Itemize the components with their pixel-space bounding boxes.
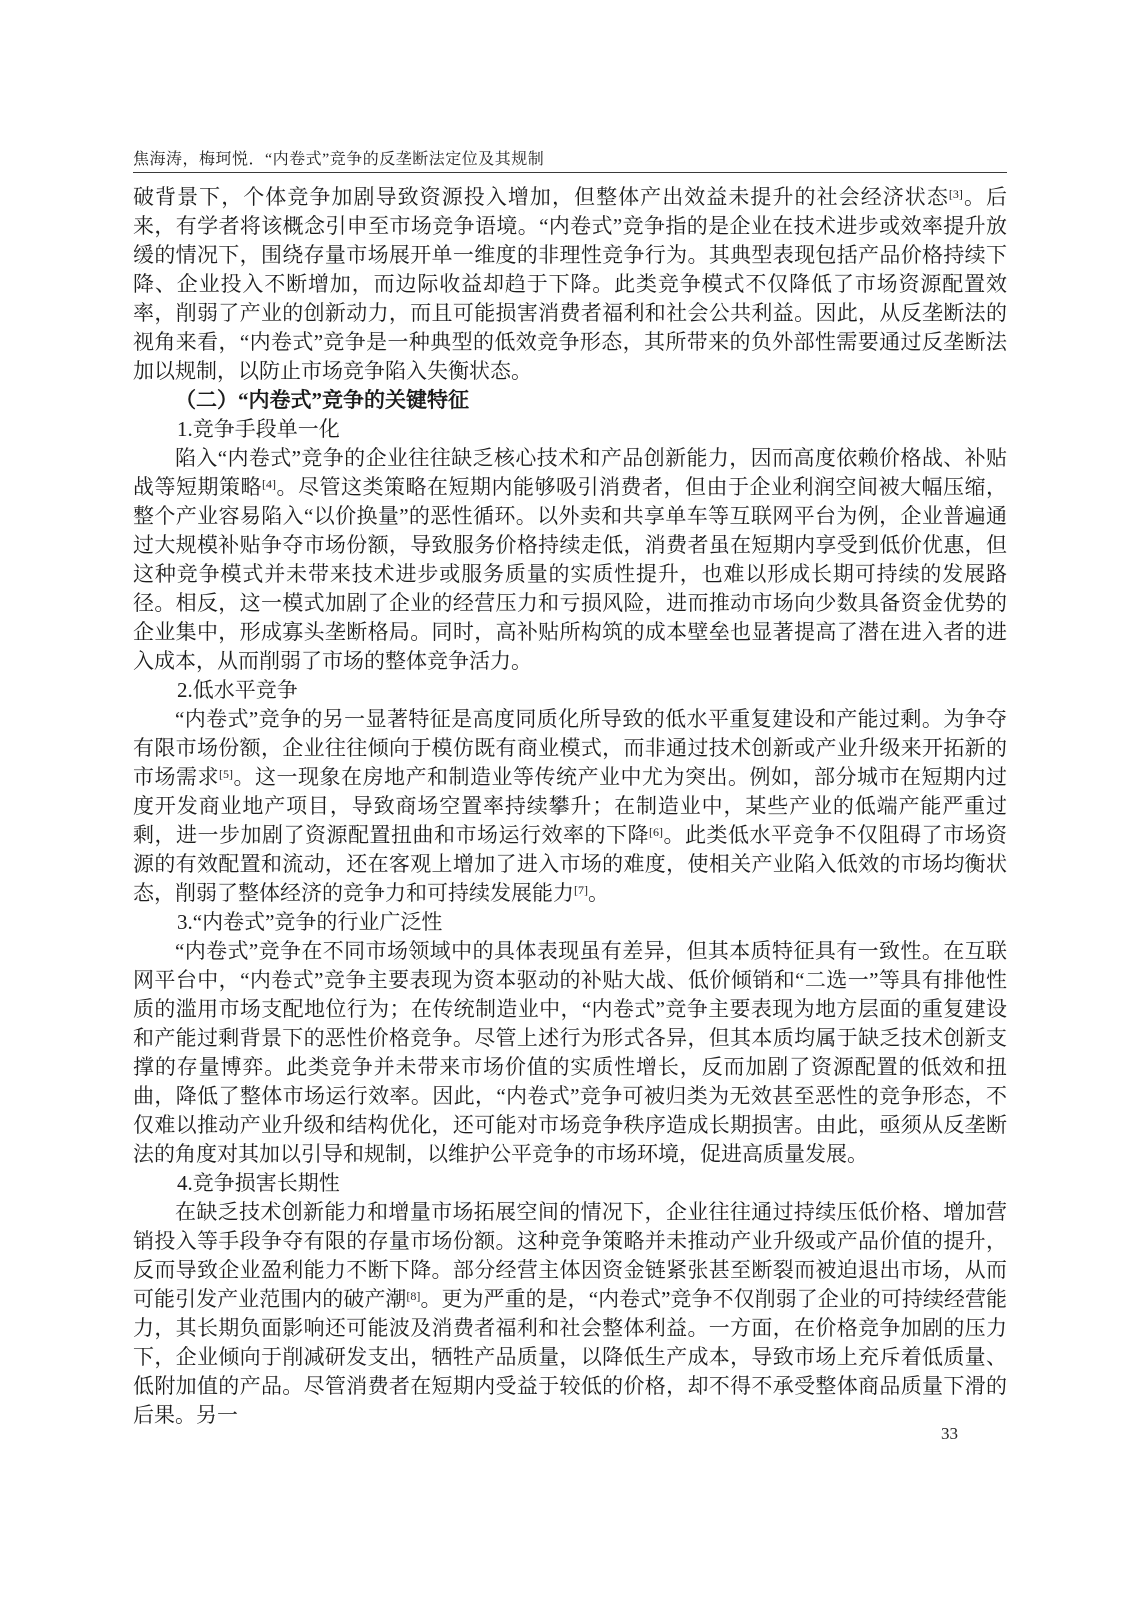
citation-ref: [6] <box>649 825 663 839</box>
paragraph: “内卷式”竞争的另一显著特征是高度同质化所导致的低水平重复建设和产能过剩。为争夺… <box>133 705 1007 908</box>
page-number: 33 <box>941 1424 958 1444</box>
paragraph: “内卷式”竞争在不同市场领域中的具体表现虽有差异，但其本质特征具有一致性。在互联… <box>133 937 1007 1169</box>
article-body: 破背景下，个体竞争加剧导致资源投入增加，但整体产出效益未提升的社会经济状态[3]… <box>133 183 1007 1430</box>
citation-ref: [5] <box>219 767 233 781</box>
citation-ref: [8] <box>406 1289 420 1303</box>
subsection-heading: 4.竞争损害长期性 <box>133 1169 1007 1198</box>
header-rule <box>133 172 1007 173</box>
citation-ref: [3] <box>949 187 963 201</box>
citation-ref: [7] <box>574 883 588 897</box>
paper-page: 焦海涛，梅珂悦．“内卷式”竞争的反垄断法定位及其规制 破背景下，个体竞争加剧导致… <box>0 0 1140 1600</box>
subsection-heading: 2.低水平竞争 <box>133 676 1007 705</box>
citation-ref: [4] <box>262 477 276 491</box>
paragraph: 陷入“内卷式”竞争的企业往往缺乏核心技术和产品创新能力，因而高度依赖价格战、补贴… <box>133 444 1007 676</box>
section-heading: （二）“内卷式”竞争的关键特征 <box>133 386 1007 415</box>
subsection-heading: 3.“内卷式”竞争的行业广泛性 <box>133 908 1007 937</box>
subsection-heading: 1.竞争手段单一化 <box>133 415 1007 444</box>
running-header: 焦海涛，梅珂悦．“内卷式”竞争的反垄断法定位及其规制 <box>133 146 1007 169</box>
paragraph: 在缺乏技术创新能力和增量市场拓展空间的情况下，企业往往通过持续压低价格、增加营销… <box>133 1198 1007 1430</box>
paragraph: 破背景下，个体竞争加剧导致资源投入增加，但整体产出效益未提升的社会经济状态[3]… <box>133 183 1007 386</box>
